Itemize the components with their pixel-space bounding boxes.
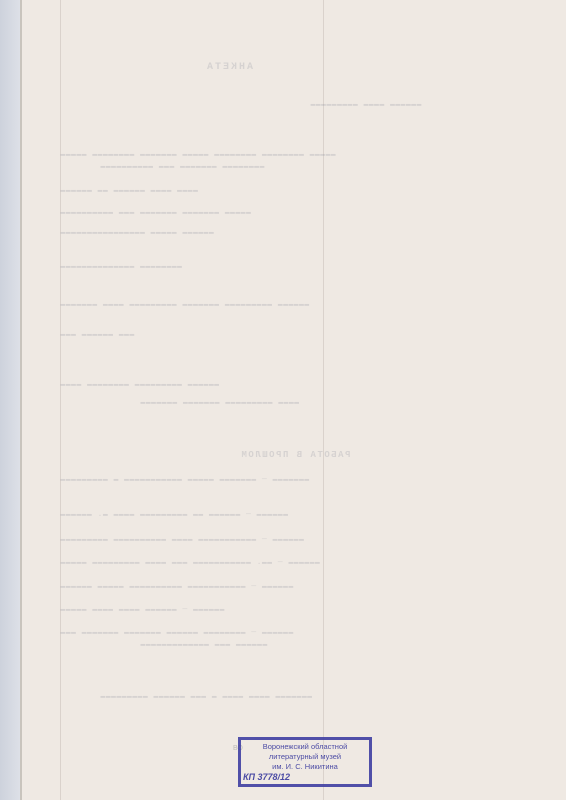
bleed-through-line: ▬▬▬▬▬▬ — ▬▬▬▬▬▬▬▬▬▬▬ ▬▬▬▬▬▬▬▬▬▬ ▬▬▬▬▬ ▬▬… [60,582,293,591]
bleed-through-line: ▬▬▬▬▬ ▬▬▬▬▬▬▬▬ ▬▬▬▬▬▬▬▬ ▬▬▬▬▬ ▬▬▬▬▬▬▬ ▬▬… [60,150,336,159]
document-page: АНКЕТА ▬▬▬▬▬▬ ▬▬▬▬ ▬▬▬▬▬▬▬▬▬ ▬▬▬▬▬ ▬▬▬▬▬… [20,0,566,800]
stamp-line: Воронежский областной [241,742,369,752]
bleed-through-line: ▬▬▬▬▬▬ ▬▬▬▬ ▬▬▬▬▬▬▬▬▬ [310,100,421,109]
bleed-through-line: ▬▬▬▬ ▬▬▬▬▬▬▬▬▬ ▬▬▬▬▬▬▬ ▬▬▬▬▬▬▬ [140,398,299,407]
inventory-number: КП 3778/12 [241,772,369,782]
bleed-through-line: ▬▬▬▬▬▬▬ ▬▬▬▬ ▬▬▬▬ ▬ ▬▬▬ ▬▬▬▬▬▬ ▬▬▬▬▬▬▬▬▬ [100,692,312,701]
bleed-through-line: ▬▬▬▬▬▬ ▬▬▬▬▬ ▬▬▬▬▬▬▬▬▬▬▬▬▬▬▬▬ [60,228,214,237]
bleed-through-line: ▬▬▬▬▬▬ — ▬▬▬▬▬▬ ▬▬ ▬▬▬▬▬▬▬▬▬ ▬▬▬▬ ▬. ▬▬▬… [60,510,288,519]
bleed-through-section-heading: РАБОТА В ПРОШЛОМ [240,450,350,460]
bleed-through-line: ▬▬▬▬▬▬ — ▬▬▬▬▬▬▬▬▬▬▬ ▬▬▬▬ ▬▬▬▬▬▬▬▬▬▬ ▬▬▬… [60,535,304,544]
bleed-through-line: ▬▬▬▬▬▬ — ▬▬. ▬▬▬▬▬▬▬▬▬▬▬ ▬▬▬ ▬▬▬▬ ▬▬▬▬▬▬… [60,558,320,567]
bleed-through-line: ▬▬▬▬▬▬ — ▬▬▬▬▬▬ ▬▬▬▬ ▬▬▬▬ ▬▬▬▬▬ [60,605,224,614]
bleed-through-line: ▬▬▬ ▬▬▬▬▬▬ ▬▬▬ [60,330,134,339]
scanner-background-edge [0,0,20,800]
bleed-through-line: ▬▬▬▬▬▬ ▬▬▬ ▬▬▬▬▬▬▬▬▬▬▬▬▬ [140,640,267,649]
fold-crease [60,0,61,800]
bleed-through-title: АНКЕТА [205,62,253,73]
museum-stamp: Воронежский областной литературный музей… [238,737,372,787]
bleed-through-line: ▬▬▬▬▬▬ ▬▬▬▬▬▬▬▬▬ ▬▬▬▬▬▬▬ ▬▬▬▬▬▬▬▬▬ ▬▬▬▬ … [60,300,309,309]
bleed-through-line: ▬▬▬▬▬▬▬▬ ▬▬▬▬▬▬▬ ▬▬▬ ▬▬▬▬▬▬▬▬▬▬ [100,162,264,171]
bleed-through-line: ▬▬▬▬▬ ▬▬▬▬▬▬▬ ▬▬▬▬▬▬▬ ▬▬▬ ▬▬▬▬▬▬▬▬▬▬ [60,208,251,217]
bleed-through-line: ▬▬▬▬▬▬ — ▬▬▬▬▬▬▬▬ ▬▬▬▬▬▬ ▬▬▬▬▬▬▬ ▬▬▬▬▬▬▬… [60,628,293,637]
bleed-through-line: ▬▬▬▬▬▬▬▬ ▬▬▬▬▬▬▬▬▬▬▬▬▬▬ [60,262,182,271]
bleed-through-line: ▬▬▬▬ ▬▬▬▬ ▬▬▬▬▬▬ ▬▬ ▬▬▬▬▬▬ [60,186,198,195]
fold-crease [323,0,324,800]
stamp-line: им. И. С. Никитина [241,762,369,772]
bleed-through-line: ▬▬▬▬▬▬ ▬▬▬▬▬▬▬▬▬ ▬▬▬▬▬▬▬▬ ▬▬▬▬ [60,380,219,389]
bleed-through-line: ▬▬▬▬▬▬▬ — ▬▬▬▬▬▬▬ ▬▬▬▬▬ ▬▬▬▬▬▬▬▬▬▬▬ ▬ ▬▬… [60,475,309,484]
stamp-line: литературный музей [241,752,369,762]
